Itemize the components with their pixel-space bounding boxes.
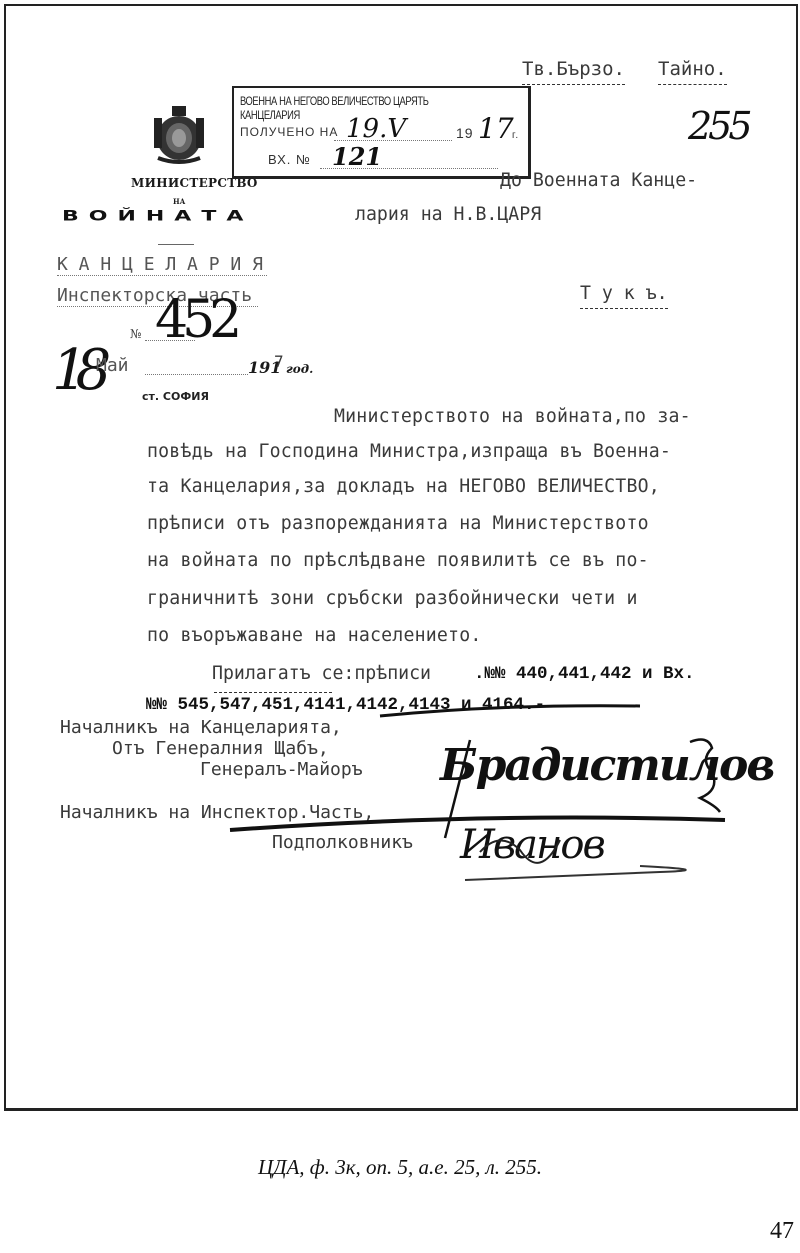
archive-reference-caption: ЦДА, ф. 3к, оп. 5, а.е. 25, л. 255.	[0, 1155, 800, 1180]
page-number: 47	[770, 1218, 794, 1245]
signature-strokes	[0, 0, 800, 920]
